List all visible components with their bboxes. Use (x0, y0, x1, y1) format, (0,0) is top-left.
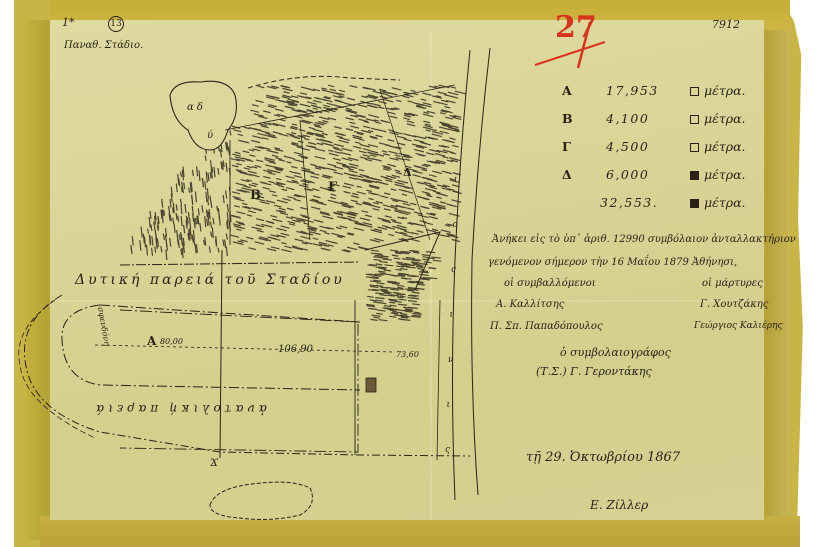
area-value: 32,553. (600, 195, 658, 210)
title-note: Παναθ. Στάδιο. (64, 40, 143, 51)
reference-number: 7912 (712, 18, 740, 31)
area-unit: μέτρα. (704, 195, 746, 210)
river-letter: ς (445, 445, 450, 455)
river-letter: ν (448, 355, 453, 365)
area-unit: μέτρα. (704, 111, 746, 126)
river-letter: ι (450, 310, 454, 320)
witness-2-signature: Γεώργιος Καλιέρης (694, 321, 783, 331)
area-value: 17,953 (606, 83, 659, 98)
area-value: 6,000 (606, 167, 649, 182)
notary-heading: ὁ συμβολαιογράφος (560, 346, 671, 359)
square-icon (690, 143, 699, 152)
measurement-1: 80,00 (160, 337, 183, 346)
party-1-signature: Α. Καλλίτσης (496, 299, 564, 310)
measurement-2: 106,90 (278, 344, 313, 355)
river-letter: ι (447, 400, 451, 410)
parties-heading: οἱ συμβαλλόμενοι (504, 278, 596, 289)
witnesses-heading: οἱ μάρτυρες (702, 278, 763, 289)
area-label: Β (562, 111, 573, 126)
area-label: Α (562, 83, 572, 98)
note-line-2: γενόμενον σήμερον τὴν 16 Μαΐου 1879 Ἀθήν… (488, 257, 737, 268)
circled-number: 13 (108, 16, 124, 32)
area-value: 4,100 (606, 111, 649, 126)
area-row: Α17,953μέτρα. (562, 83, 792, 105)
plot-label-g: Γ (328, 180, 337, 195)
west-side-label: Δυτική παρειά τοῦ Σταδίου (75, 272, 345, 288)
east-side-label: ἀνατολική παρειά (92, 402, 267, 416)
sphendone-letter: Α (147, 334, 156, 348)
square-icon (690, 87, 699, 96)
red-strike-mark (530, 20, 610, 70)
folio-mark: 1* (62, 16, 75, 29)
square-icon (690, 115, 699, 124)
area-row: 32,553.μέτρα. (562, 195, 792, 217)
notary-signature: (Τ.Σ.) Γ. Γεροντάκης (536, 365, 652, 378)
surveyor-signature: Ε. Ζίλλερ (590, 498, 648, 512)
river-letter: ι (454, 175, 458, 185)
area-value: 4,500 (606, 139, 649, 154)
area-label: Δ (562, 167, 572, 182)
area-row: Γ4,500μέτρα. (562, 139, 792, 161)
plot-label-b: Β (250, 188, 261, 203)
river-letter: ο (453, 220, 458, 230)
measurement-3: 73,60 (396, 350, 419, 359)
svg-text:α δ: α δ (187, 102, 203, 113)
witness-1-signature: Γ. Χουτζάκης (700, 299, 768, 310)
square-icon (690, 199, 699, 208)
svg-text:ύ: ύ (207, 130, 213, 141)
party-2-signature: Π. Σπ. Παπαδόπουλος (490, 321, 603, 332)
area-row: Β4,100μέτρα. (562, 111, 792, 133)
rock-outcrop (210, 482, 312, 519)
area-row: Δ6,000μέτρα. (562, 167, 792, 189)
area-unit: μέτρα. (704, 139, 746, 154)
square-icon (690, 171, 699, 180)
cross-mark: Ϫ (210, 455, 217, 470)
area-unit: μέτρα. (704, 83, 746, 98)
plot-label-d: Δ (403, 166, 412, 179)
river-letter: ς (451, 265, 456, 275)
area-unit: μέτρα. (704, 167, 746, 182)
date-line: τῇ 29. Ὀκτωβρίου 1867 (526, 450, 680, 465)
hill-summit (170, 81, 236, 150)
area-label: Γ (562, 139, 571, 154)
note-line-1: Ἀνήκει εἰς τὸ ὑπ᾽ ἀριθ. 12990 συμβόλαιον… (492, 234, 796, 245)
